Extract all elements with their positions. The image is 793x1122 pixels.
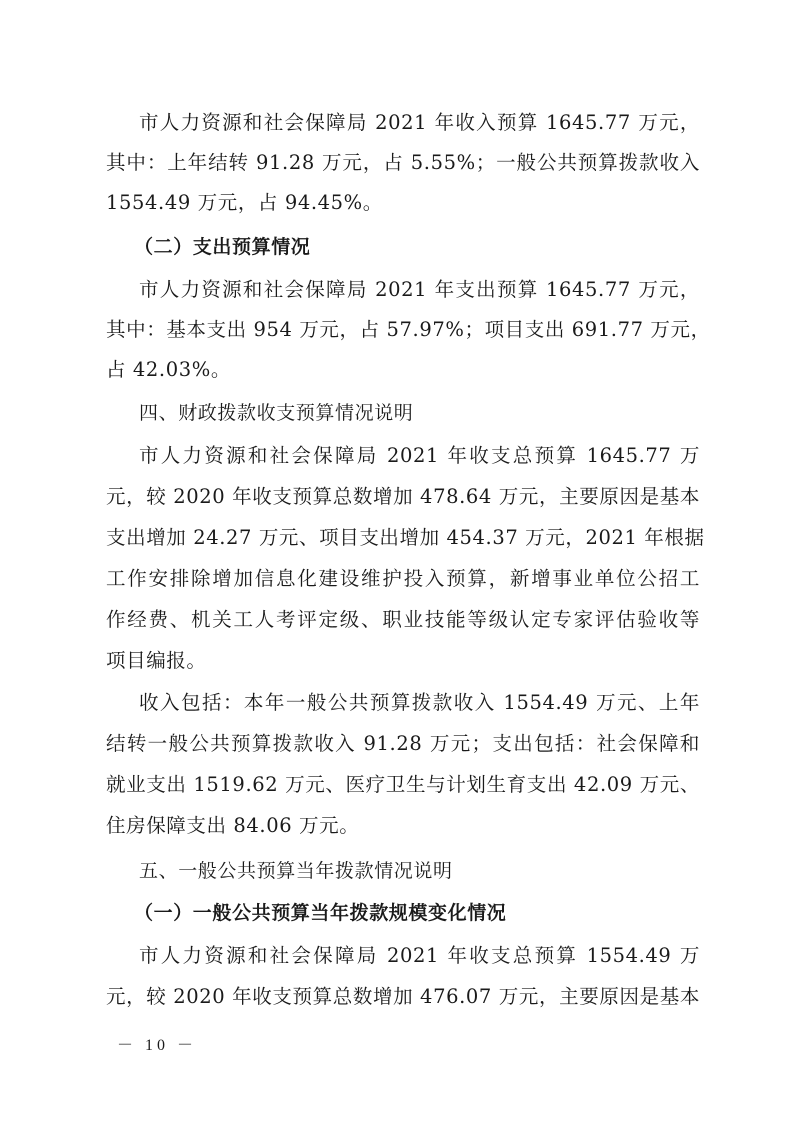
page-number: － 10 － — [117, 1032, 197, 1055]
body-line: 1554.49 万元，占 94.45%。 — [106, 188, 700, 218]
body-line: 元，较 2020 年收支预算总数增加 476.07 万元，主要原因是基本 — [106, 982, 700, 1012]
body-line: 住房保障支出 84.06 万元。 — [106, 811, 700, 841]
body-line: 结转一般公共预算拨款收入 91.28 万元；支出包括：社会保障和 — [106, 729, 700, 759]
body-line: 支出增加 24.27 万元、项目支出增加 454.37 万元，2021 年根据 — [106, 523, 700, 553]
body-line: 市人力资源和社会保障局 2021 年收入预算 1645.77 万元， — [139, 108, 700, 138]
body-line: 作经费、机关工人考评定级、职业技能等级认定专家评估验收等 — [106, 605, 700, 635]
body-line: 就业支出 1519.62 万元、医疗卫生与计划生育支出 42.09 万元、 — [106, 770, 700, 800]
heading-section-4: 四、财政拨款收支预算情况说明 — [139, 398, 733, 428]
body-line: 市人力资源和社会保障局 2021 年收支总预算 1554.49 万 — [139, 941, 700, 971]
body-line: 其中：上年结转 91.28 万元，占 5.55%；一般公共预算拨款收入 — [106, 148, 700, 178]
body-line: 其中：基本支出 954 万元，占 57.97%；项目支出 691.77 万元， — [106, 315, 700, 345]
subheading-appropriation-scale: （一）一般公共预算当年拨款规模变化情况 — [134, 898, 728, 928]
body-line: 占 42.03%。 — [106, 355, 700, 385]
subheading-expenditure-budget: （二）支出预算情况 — [134, 232, 728, 262]
body-line: 市人力资源和社会保障局 2021 年支出预算 1645.77 万元， — [139, 275, 700, 305]
heading-section-5: 五、一般公共预算当年拨款情况说明 — [139, 856, 733, 886]
body-line: 项目编报。 — [106, 646, 700, 676]
body-line: 收入包括：本年一般公共预算拨款收入 1554.49 万元、上年 — [139, 688, 700, 718]
body-line: 元，较 2020 年收支预算总数增加 478.64 万元，主要原因是基本 — [106, 482, 700, 512]
body-line: 市人力资源和社会保障局 2021 年收支总预算 1645.77 万 — [139, 441, 700, 471]
body-line: 工作安排除增加信息化建设维护投入预算，新增事业单位公招工 — [106, 564, 700, 594]
